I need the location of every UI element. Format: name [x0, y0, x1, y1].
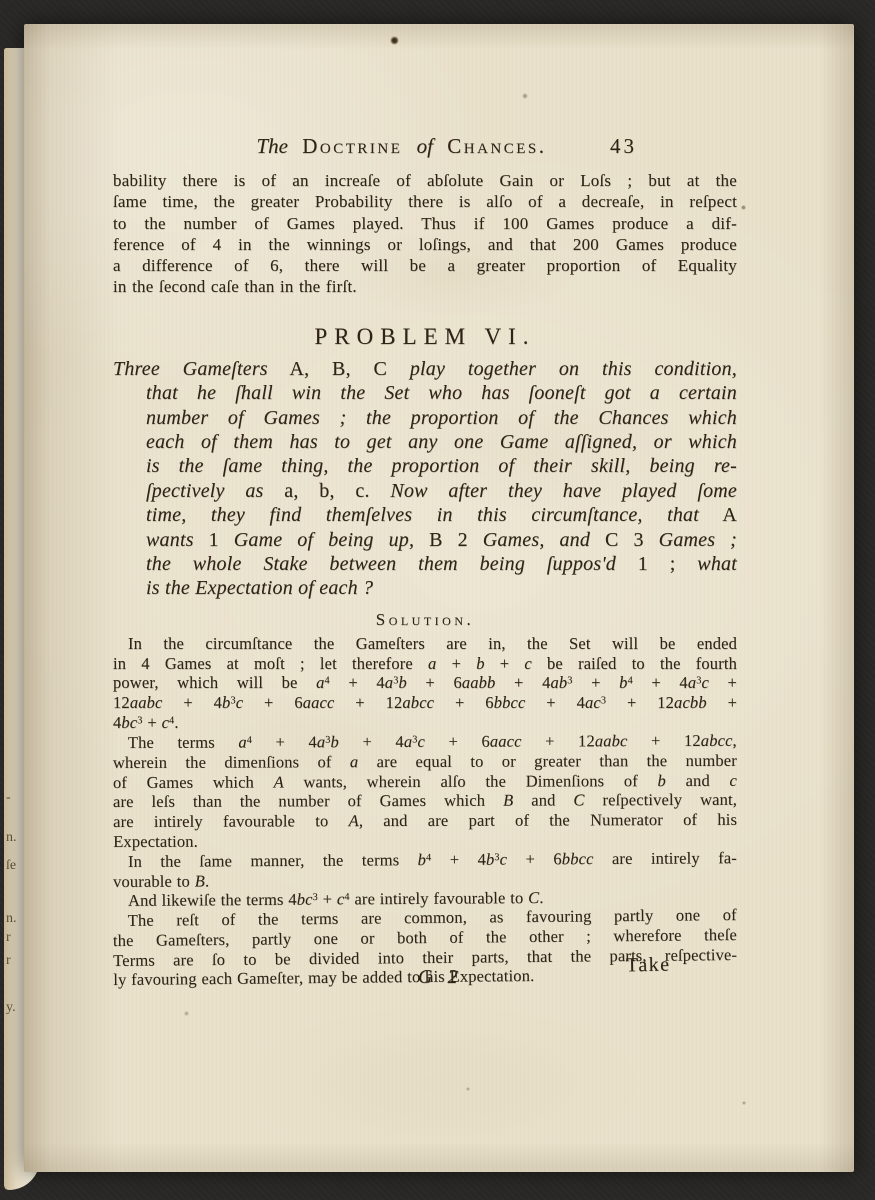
text-line: The terms a4 + 4a3b + 4a3c + 6aacc + 12a…	[113, 731, 737, 753]
ink-speck	[522, 93, 528, 99]
ink-speck	[184, 1011, 189, 1016]
text-line: wherein the dimenſions of a are equal to…	[113, 750, 737, 772]
text-line: In the ſame manner, the terms b4 + 4b3c …	[113, 848, 737, 872]
facing-page-fragment: n.	[6, 830, 17, 846]
facing-page-fragment: r	[6, 930, 11, 946]
text-line: that he ſhall win the Set who has ſooneſ…	[113, 381, 737, 405]
facing-page-fragment: ſe	[6, 858, 16, 874]
text-line: is the ſame thing, the proportion of the…	[113, 454, 737, 478]
header-word-chances: Chances.	[447, 134, 546, 158]
facing-page-fragment: -	[6, 790, 11, 806]
text-line: ſpectively as a, b, c. Now after they ha…	[113, 479, 737, 503]
paragraph-intro: bability there is of an increaſe of abſo…	[113, 170, 737, 298]
text-line: ference of 4 in the winnings or loſings,…	[113, 234, 737, 255]
scanned-book-photo: -n.ſen.rry. The Doctrine of Chances. 43 …	[0, 0, 875, 1200]
text-line: 12aabc + 4b3c + 6aacc + 12abcc + 6bbcc +…	[113, 693, 737, 713]
text-line: In the circumſtance the Gameſters are in…	[113, 634, 737, 654]
text-line: the whole Stake between them being ſuppo…	[113, 552, 737, 576]
solution-paragraph-1: In the circumſtance the Gameſters are in…	[113, 634, 737, 733]
catchword: Take	[626, 954, 671, 978]
problem-heading: PROBLEM VI.	[113, 324, 737, 350]
text-line: each of them has to get any one Game aſſ…	[113, 430, 737, 454]
ink-speck	[390, 36, 399, 45]
text-block: The Doctrine of Chances. 43 bability the…	[113, 133, 737, 990]
solution-heading: Solution.	[113, 610, 737, 630]
running-header: The Doctrine of Chances. 43	[113, 133, 737, 159]
text-line: number of Games ; the proportion of the …	[113, 406, 737, 430]
facing-page-fragment: y.	[6, 1000, 16, 1016]
text-line: to the number of Games played. Thus if 1…	[113, 213, 737, 234]
ink-speck	[466, 1087, 470, 1091]
problem-statement: Three Gameſters A, B, C play together on…	[113, 357, 737, 601]
text-line: are intirely favourable to A, and are pa…	[113, 810, 737, 832]
text-line: time, they find themſelves in this circu…	[113, 503, 737, 527]
text-line: wants 1 Game of being up, B 2 Games, and…	[113, 528, 737, 552]
text-line: in 4 Games at moſt ; let therefore a + b…	[113, 654, 737, 674]
header-word-of: of	[417, 134, 433, 158]
text-line: ſame time, the greater Probability there…	[113, 191, 737, 212]
book-page: The Doctrine of Chances. 43 bability the…	[24, 24, 854, 1172]
signature-mark: G 2	[418, 966, 462, 989]
solution-paragraph-2: The terms a4 + 4a3b + 4a3c + 6aacc + 12a…	[113, 731, 737, 852]
text-line: power, which will be a4 + 4a3b + 6aabb +…	[113, 673, 737, 693]
text-line: Three Gameſters A, B, C play together on…	[113, 357, 737, 381]
text-line: of Games which A wants, wherein alſo the…	[113, 770, 737, 792]
text-line: a difference of 6, there will be a great…	[113, 255, 737, 276]
text-line: bability there is of an increaſe of abſo…	[113, 170, 737, 191]
header-word-the: The	[256, 134, 288, 158]
facing-page-fragment: r	[6, 953, 11, 969]
header-word-doctrine: Doctrine	[302, 134, 402, 158]
text-line: 4bc3 + c4.	[113, 713, 737, 733]
ink-speck	[741, 205, 746, 210]
page-number: 43	[610, 133, 637, 159]
ink-speck	[742, 1101, 746, 1105]
text-line: is the Expectation of each ?	[113, 576, 737, 600]
solution-paragraph-3: In the ſame manner, the terms b4 + 4b3c …	[113, 848, 737, 891]
text-line: in the ſecond caſe than in the firſt.	[113, 276, 737, 297]
facing-page-fragment: n.	[6, 911, 17, 927]
text-line: are leſs than the number of Games which …	[113, 790, 737, 812]
